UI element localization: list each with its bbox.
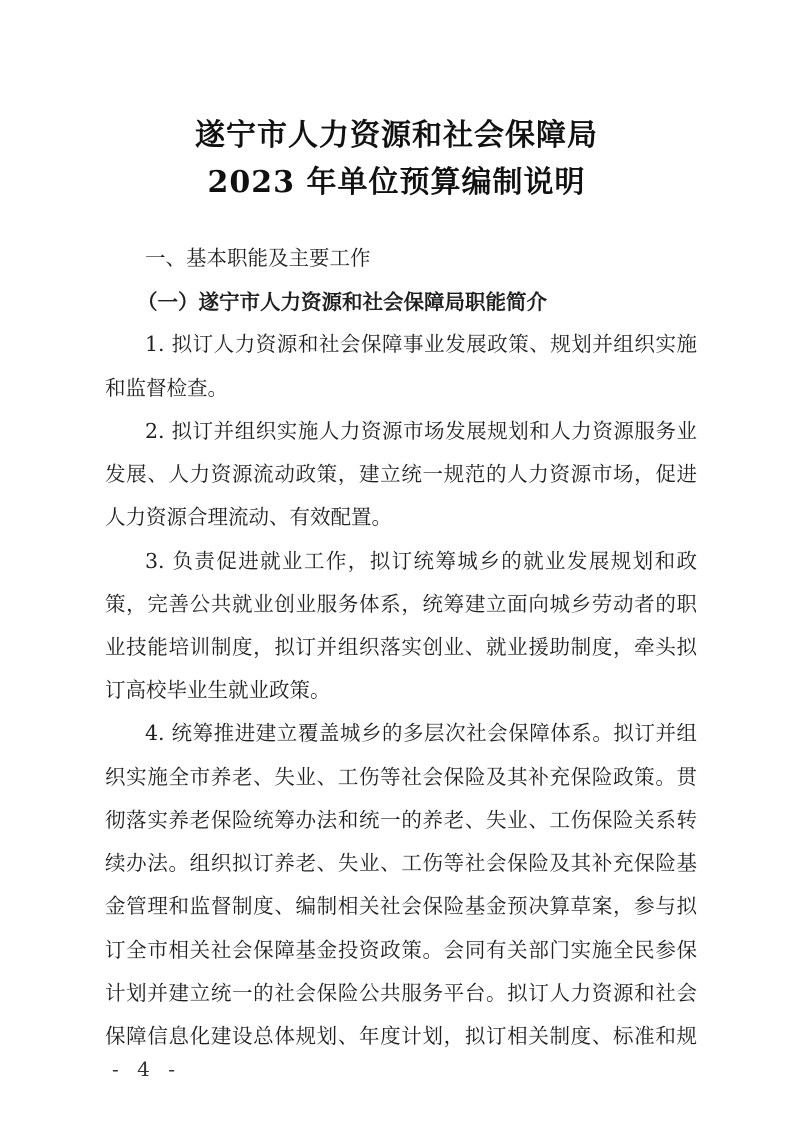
paragraph-1-line-1: 1. 拟订人力资源和社会保障事业发展政策、规划并组织实施 xyxy=(145,329,697,359)
subsection-heading: （一）遂宁市人力资源和社会保障局职能简介 xyxy=(137,287,689,317)
page-number: - 4 - xyxy=(112,1057,181,1081)
document-title-line2: 2023 年单位预算编制说明 xyxy=(0,157,793,201)
paragraph-2-line-1: 2. 拟订并组织实施人力资源市场发展规划和人力资源服务业 xyxy=(145,416,697,446)
paragraph-4-line-3: 彻落实养老保险统筹办法和统一的养老、失业、工伤保险关系转 xyxy=(105,805,697,835)
section-heading: 一、基本职能及主要工作 xyxy=(145,243,697,273)
paragraph-4-line-2: 织实施全市养老、失业、工伤等社会保险及其补充保险政策。贯 xyxy=(105,762,697,792)
paragraph-4-line-8: 保障信息化建设总体规划、年度计划，拟订相关制度、标准和规 xyxy=(105,1021,697,1051)
document-title-line1: 遂宁市人力资源和社会保障局 xyxy=(0,110,793,154)
paragraph-3-line-1: 3. 负责促进就业工作，拟订统筹城乡的就业发展规划和政 xyxy=(145,546,697,576)
paragraph-1-line-2: 和监督检查。 xyxy=(105,373,697,403)
paragraph-4-line-1: 4. 统筹推进建立覆盖城乡的多层次社会保障体系。拟订并组 xyxy=(145,718,697,748)
paragraph-2-line-3: 人力资源合理流动、有效配置。 xyxy=(105,502,697,532)
document-page: 遂宁市人力资源和社会保障局 2023 年单位预算编制说明 一、基本职能及主要工作… xyxy=(0,0,793,1122)
paragraph-3-line-3: 业技能培训制度，拟订并组织落实创业、就业援助制度，牵头拟 xyxy=(105,632,697,662)
paragraph-4-line-6: 订全市相关社会保障基金投资政策。会同有关部门实施全民参保 xyxy=(105,935,697,965)
paragraph-3-line-2: 策，完善公共就业创业服务体系，统筹建立面向城乡劳动者的职 xyxy=(105,589,697,619)
paragraph-4-line-5: 金管理和监督制度、编制相关社会保险基金预决算草案，参与拟 xyxy=(105,891,697,921)
paragraph-4-line-7: 计划并建立统一的社会保险公共服务平台。拟订人力资源和社会 xyxy=(105,978,697,1008)
paragraph-4-line-4: 续办法。组织拟订养老、失业、工伤等社会保险及其补充保险基 xyxy=(105,848,697,878)
paragraph-3-line-4: 订高校毕业生就业政策。 xyxy=(105,675,697,705)
paragraph-2-line-2: 发展、人力资源流动政策，建立统一规范的人力资源市场，促进 xyxy=(105,459,697,489)
